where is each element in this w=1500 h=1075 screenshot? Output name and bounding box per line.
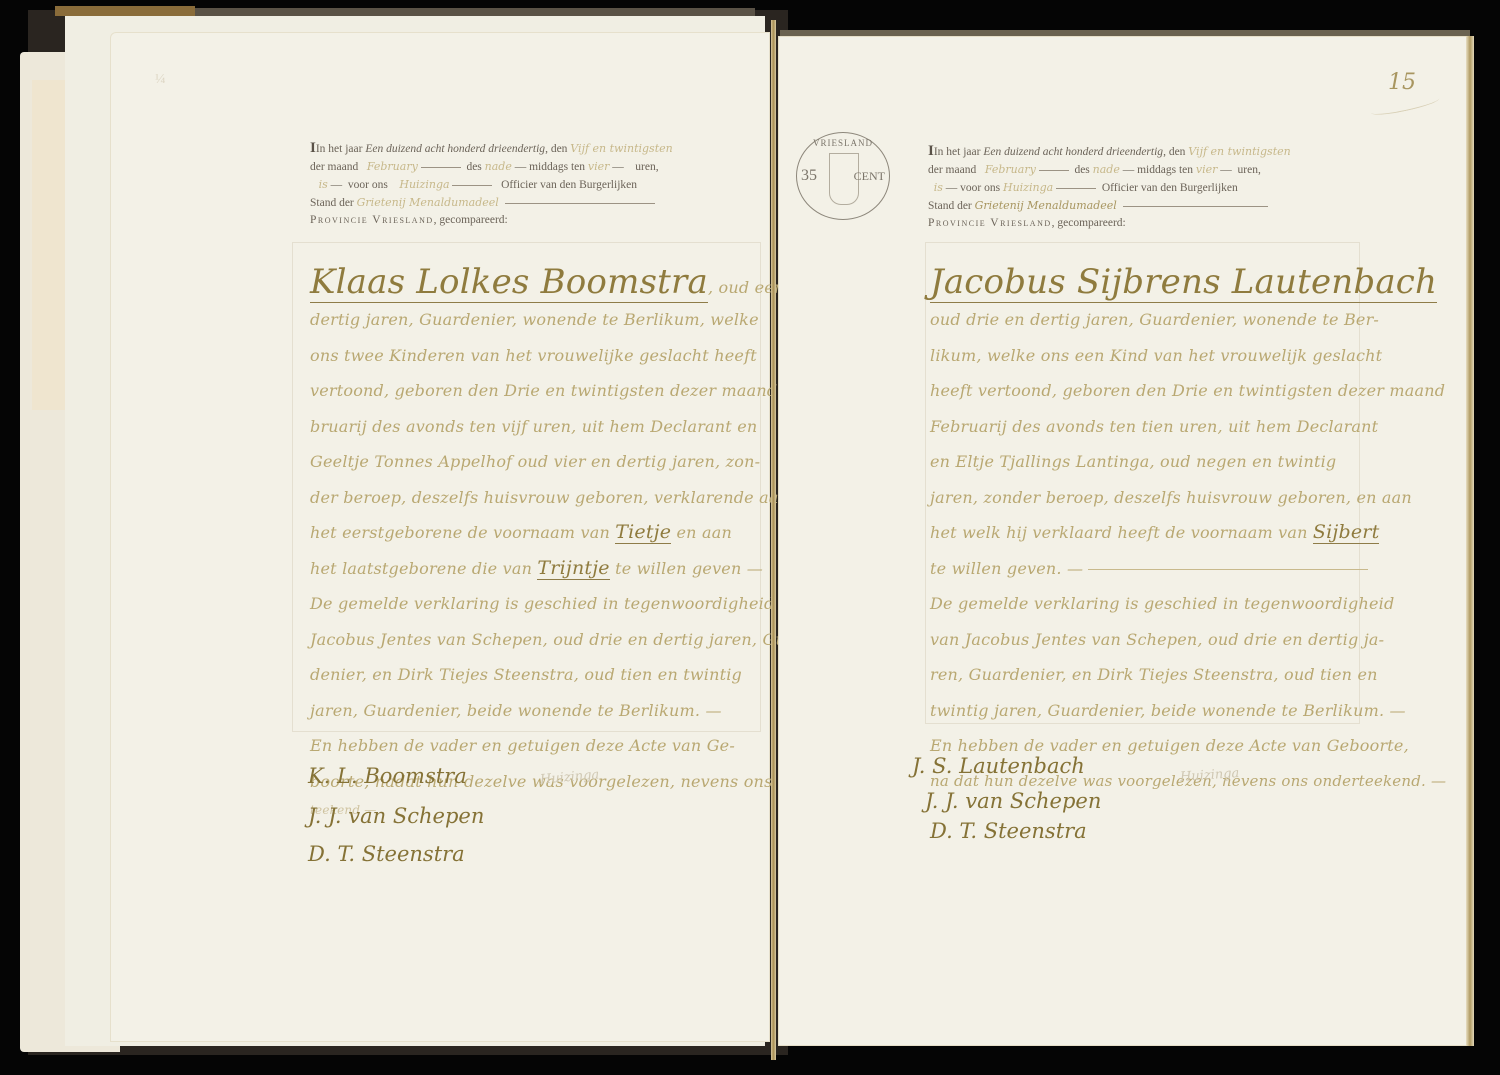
signature-witness-2: D. T. Steenstra — [308, 838, 465, 870]
second-child-name: Trijntje — [537, 557, 609, 580]
child-name: Sijbert — [1313, 521, 1380, 544]
signature-father: J. S. Lautenbach — [912, 750, 1085, 782]
folio-number: 15 — [1388, 70, 1416, 95]
book-cover-cloth — [55, 6, 195, 16]
left-form-header: IIn het jaar Een duizend acht honderd dr… — [310, 140, 673, 229]
signature-witness-1: J. J. van Schepen — [925, 785, 1101, 817]
right-form-header: IIn het jaar Een duizend acht honderd dr… — [928, 143, 1291, 232]
signature-father: K. L. Boomstra — [308, 760, 467, 792]
declarant-name: Jacobus Sijbrens Lautenbach — [930, 262, 1437, 303]
book-cover-edge — [195, 8, 755, 16]
official-handwritten: Huizinga — [399, 178, 449, 191]
right-entry-body: Jacobus Sijbrens Lautenbach oud drie en … — [930, 262, 1446, 799]
left-entry-body: Klaas Lolkes Boomstra, oud een en dertig… — [310, 262, 832, 821]
day-handwritten: Vijf en twintigsten — [1188, 145, 1290, 158]
signature-witness-1: J. J. van Schepen — [308, 800, 484, 832]
municipality-handwritten: Grietenij Menaldumadeel — [357, 196, 499, 209]
year-printed: Een duizend acht honderd drieendertig — [983, 146, 1163, 158]
official-handwritten: Huizinga — [1003, 181, 1053, 194]
month-handwritten: February — [367, 160, 418, 173]
first-child-name: Tietje — [615, 521, 671, 544]
signature-witness-2: D. T. Steenstra — [930, 815, 1087, 847]
page-edge-right — [1466, 36, 1474, 1046]
municipality-handwritten: Grietenij Menaldumadeel — [975, 199, 1117, 212]
day-handwritten: Vijf en twintigsten — [570, 142, 672, 155]
pencil-mark: ¼ — [155, 72, 166, 88]
year-printed: Een duizend acht honderd drieendertig — [365, 143, 545, 155]
tax-stamp: VRIESLAND 35 CENT — [796, 132, 890, 220]
month-handwritten: February — [985, 163, 1036, 176]
book-gutter — [771, 20, 776, 1060]
declarant-name: Klaas Lolkes Boomstra — [310, 262, 708, 303]
